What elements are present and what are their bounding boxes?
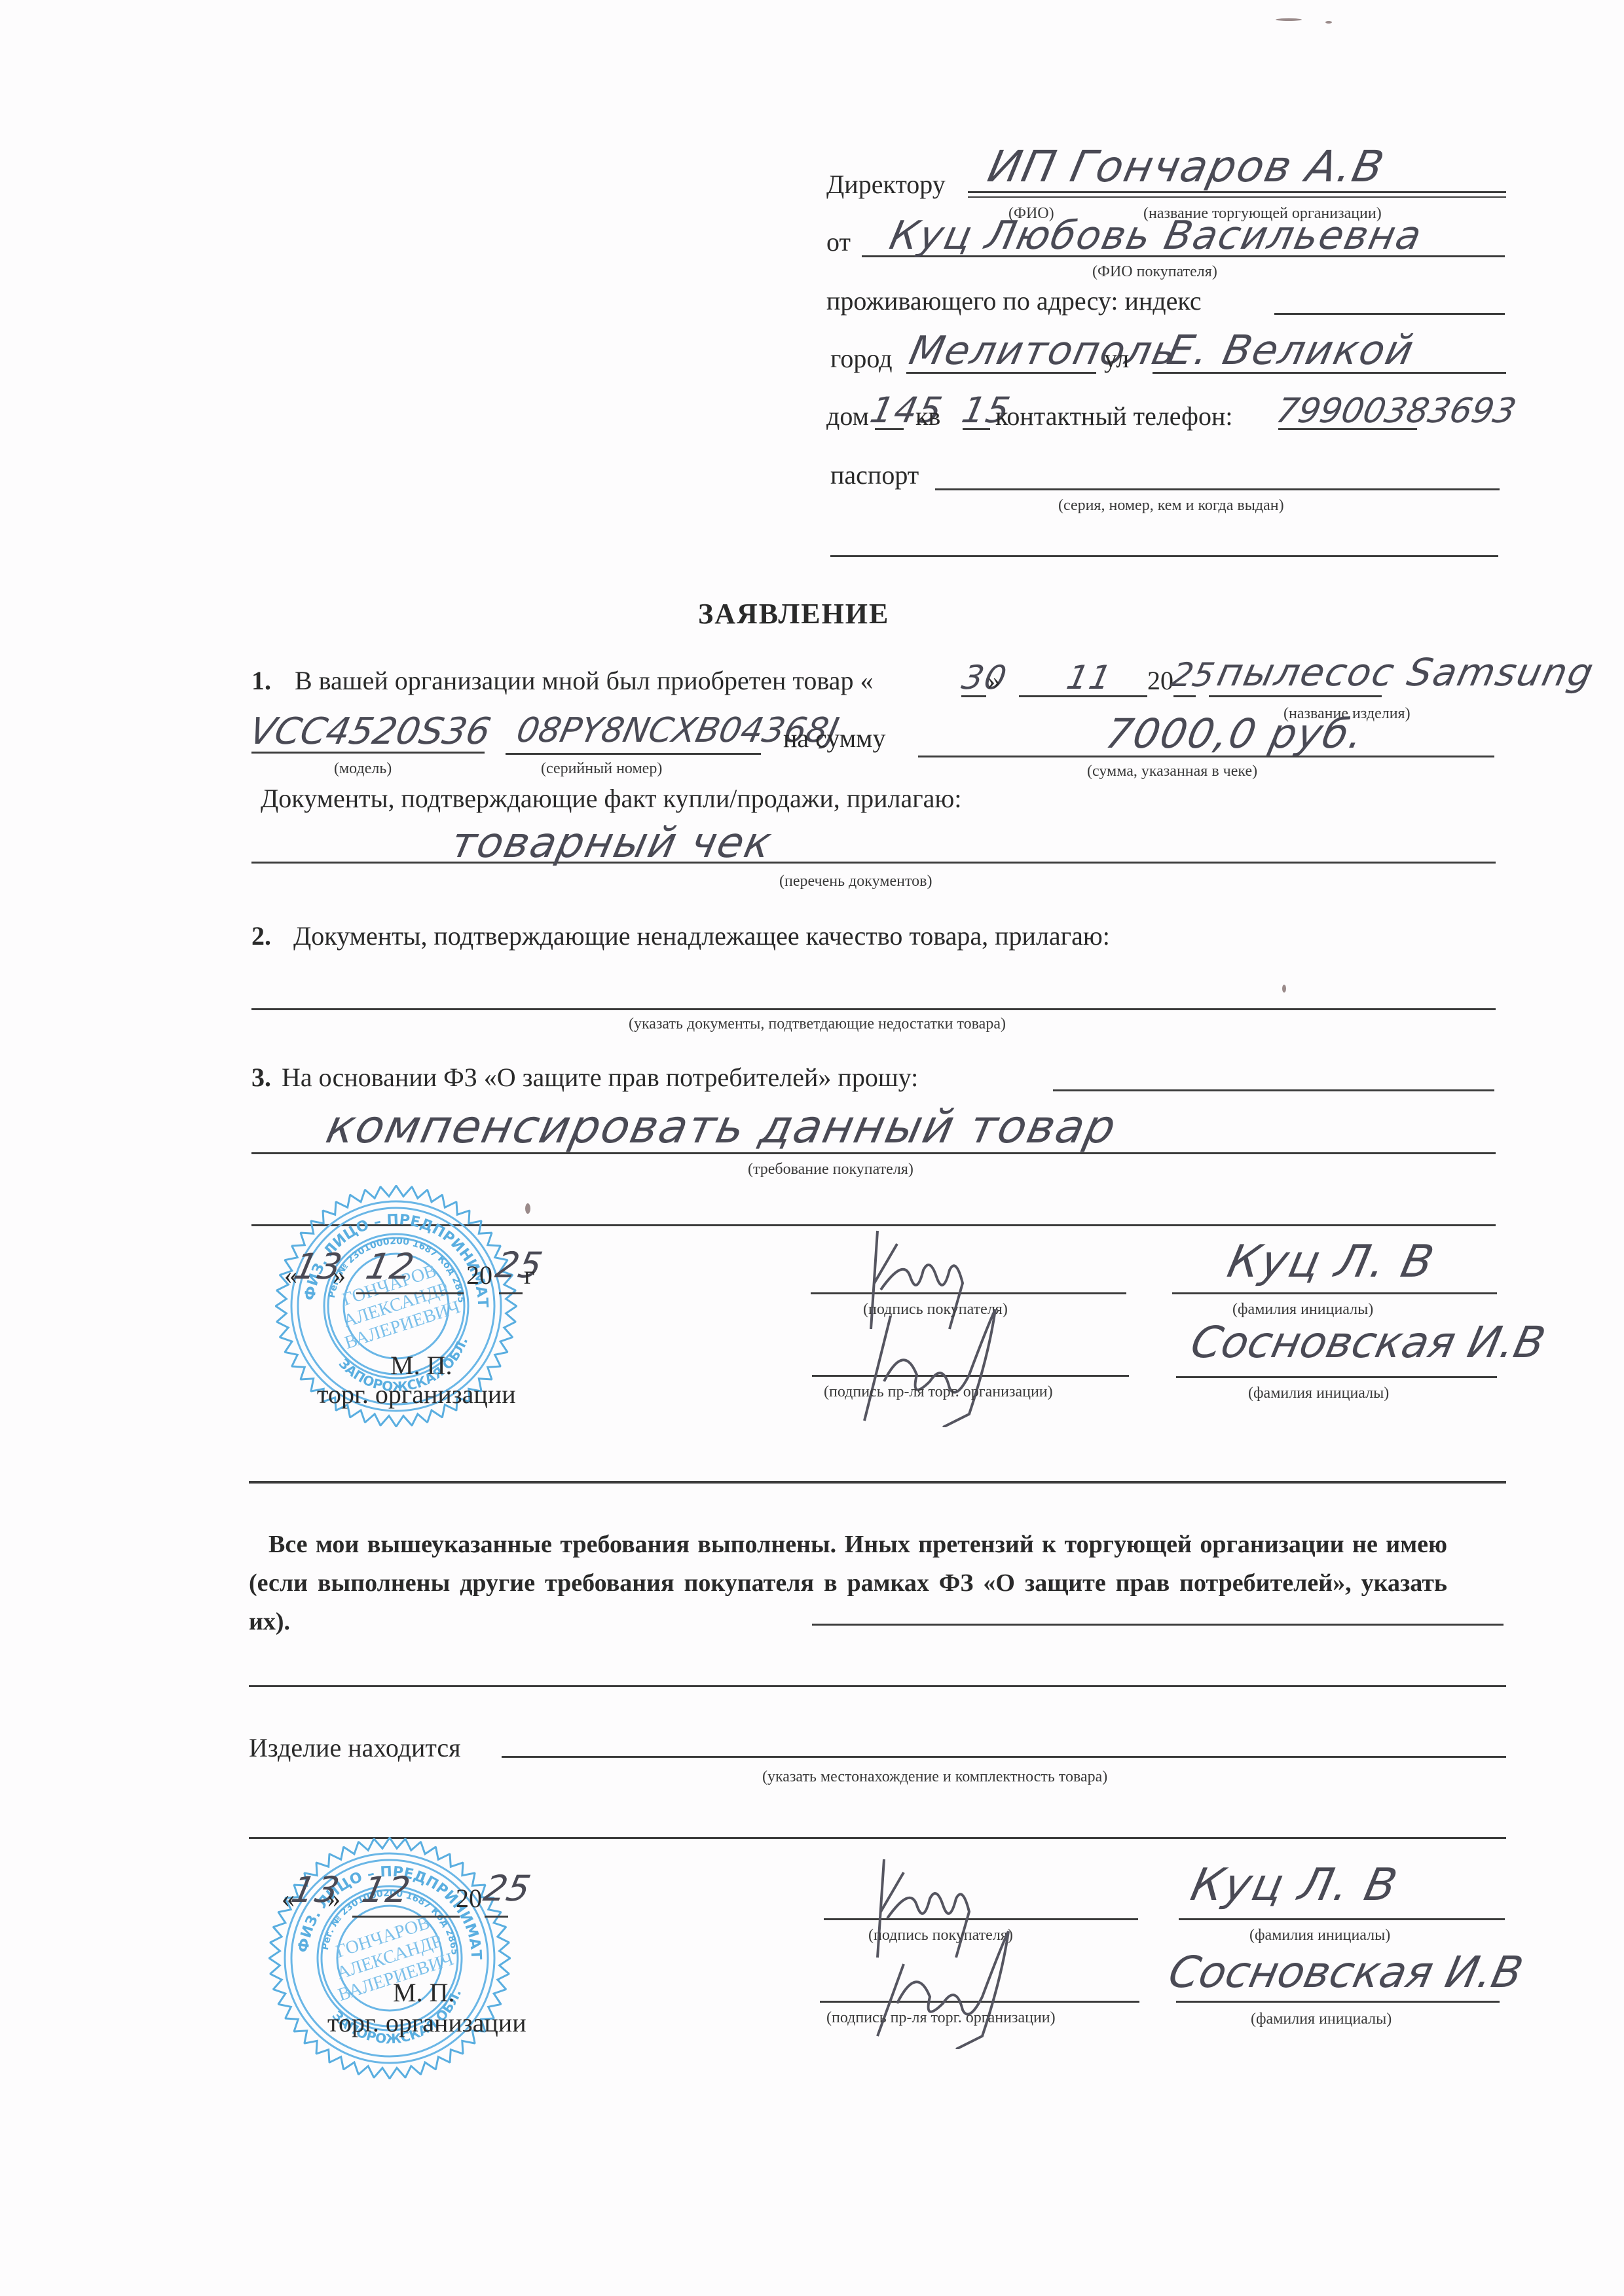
director-label: Директору [826,172,946,198]
product-field[interactable]: пылесос Samsung [1214,653,1598,691]
street-field[interactable]: Е. Великой [1164,330,1418,371]
section-3-text: На основании ФЗ «О защите прав потребите… [282,1065,918,1091]
serial-caption: (серийный номер) [541,761,662,776]
location-line [502,1756,1506,1758]
from-label: от [826,229,851,255]
buyer-name-caption: (ФИО покупателя) [1092,264,1217,280]
closing-line-2 [249,1685,1506,1687]
passport-label: паспорт [830,462,919,488]
rep-signature-caption-1: (подпись пр-ля торг. организации) [824,1384,1053,1400]
date1-month-field[interactable]: 12 [363,1249,418,1285]
closing-line-1 [812,1624,1504,1626]
date2-close-quote: » [327,1886,341,1912]
date1-year-field[interactable]: 25 [492,1248,545,1283]
model-caption: (модель) [334,761,392,776]
purchase-day-quote: » [987,668,1001,694]
location-caption: (указать местонахождение и комплектность… [762,1769,1107,1785]
index-line [1274,313,1505,315]
phone-label: контактный телефон: [995,403,1232,429]
rep-signature-caption-2: (подпись пр-ля торг. организации) [826,2010,1056,2026]
buyer-name-caption-2: (фамилия инициалы) [1249,1927,1390,1943]
rep-name-caption-1: (фамилия инициалы) [1248,1385,1389,1401]
sum-caption: (сумма, указанная в чеке) [1087,763,1257,779]
document-title: ЗАЯВЛЕНИЕ [698,597,889,630]
date1-year-line [499,1292,523,1294]
date2-year-line [485,1916,508,1918]
rep-signature-2[interactable] [858,1925,1041,2049]
mp-label-1: М. П. [390,1353,452,1379]
request-line-1 [1053,1089,1494,1091]
serial-line [506,753,761,755]
purchase-docs-label: Документы, подтверждающие факт купли/про… [261,786,961,812]
date1-close-quote: » [333,1262,346,1288]
section-divider [249,1481,1506,1484]
rep-name-line-1 [1176,1376,1497,1378]
flat-label: кв [915,403,940,429]
purchase-year-line [1173,695,1196,697]
buyer-name-field-2[interactable]: Куц Л. В [1187,1863,1402,1908]
date2-year-field[interactable]: 25 [481,1871,533,1906]
org-label-1: торг. организации [317,1381,516,1408]
section-1-text: В вашей организации мной был приобретен … [295,668,873,694]
purchase-docs-line [251,862,1496,864]
section-3-number: 3. [251,1065,271,1091]
city-label: город [830,346,893,372]
passport-line [935,488,1500,490]
buyer-name-caption-1: (фамилия инициалы) [1232,1302,1373,1317]
purchase-docs-field[interactable]: товарный чек [447,822,776,864]
section-2-number: 2. [251,923,271,949]
house-label: дом [826,403,869,429]
date2-month-line [352,1916,460,1918]
section-1-number: 1. [251,668,271,694]
scan-mark [1276,18,1302,21]
rep-name-caption-2: (фамилия инициалы) [1251,2011,1392,2027]
scan-mark [525,1203,530,1214]
defect-docs-caption: (указать документы, подтветдающие недост… [629,1016,1006,1032]
model-field[interactable]: VCC4520S36 [246,714,494,750]
purchase-day-field[interactable]: 30 [959,661,1010,694]
buyer-name-field[interactable]: Куц Любовь Васильевна [887,216,1426,255]
buyer-name-line-1 [1172,1292,1497,1294]
scan-mark [1282,985,1286,993]
street-label: ул [1104,346,1129,372]
buyer-name-field-1[interactable]: Куц Л. В [1224,1240,1439,1285]
product-line [1209,695,1382,697]
purchase-docs-caption: (перечень документов) [779,873,932,889]
rep-name-field-1[interactable]: Сосновская И.В [1187,1321,1549,1364]
defect-docs-line [251,1008,1496,1010]
sum-label: на сумму [783,725,885,752]
buyer-name-line-2 [1179,1918,1505,1920]
date2-year-prefix: 20 [456,1886,482,1912]
address-label: проживающего по адресу: индекс [826,288,1202,314]
mp-label-2: М. П. [393,1980,454,2006]
location-label: Изделие находится [249,1735,461,1761]
section-2-text: Документы, подтверждающие ненадлежащее к… [293,923,1110,949]
date1-month-line [356,1292,464,1294]
purchase-month-field[interactable]: 11 [1064,661,1115,694]
request-caption: (требование покупателя) [748,1161,913,1177]
location-line-2 [249,1837,1506,1839]
director-line-2 [968,196,1506,198]
phone-field[interactable]: 79900383693 [1273,394,1519,428]
date1-year-prefix: 20 [466,1262,492,1288]
passport-line-2 [830,555,1498,557]
rep-name-field-2[interactable]: Сосновская И.В [1165,1951,1526,1994]
rep-signature-1[interactable] [845,1303,1028,1427]
scan-mark [1325,21,1332,24]
purchase-year-field[interactable]: 25 [1169,659,1217,691]
city-field[interactable]: Мелитополь [906,331,1181,371]
date1-year-g: г [524,1262,534,1288]
org-label-2: торг. организации [327,2010,526,2036]
passport-caption: (серия, номер, кем и когда выдан) [1058,498,1284,513]
director-field[interactable]: ИП Гончаров А.В [984,145,1388,189]
date2-month-field[interactable]: 12 [359,1872,414,1908]
request-field[interactable]: компенсировать данный товар [323,1104,1121,1150]
sum-field[interactable]: 7000,0 руб. [1102,714,1368,754]
rep-name-line-2 [1176,2001,1500,2003]
